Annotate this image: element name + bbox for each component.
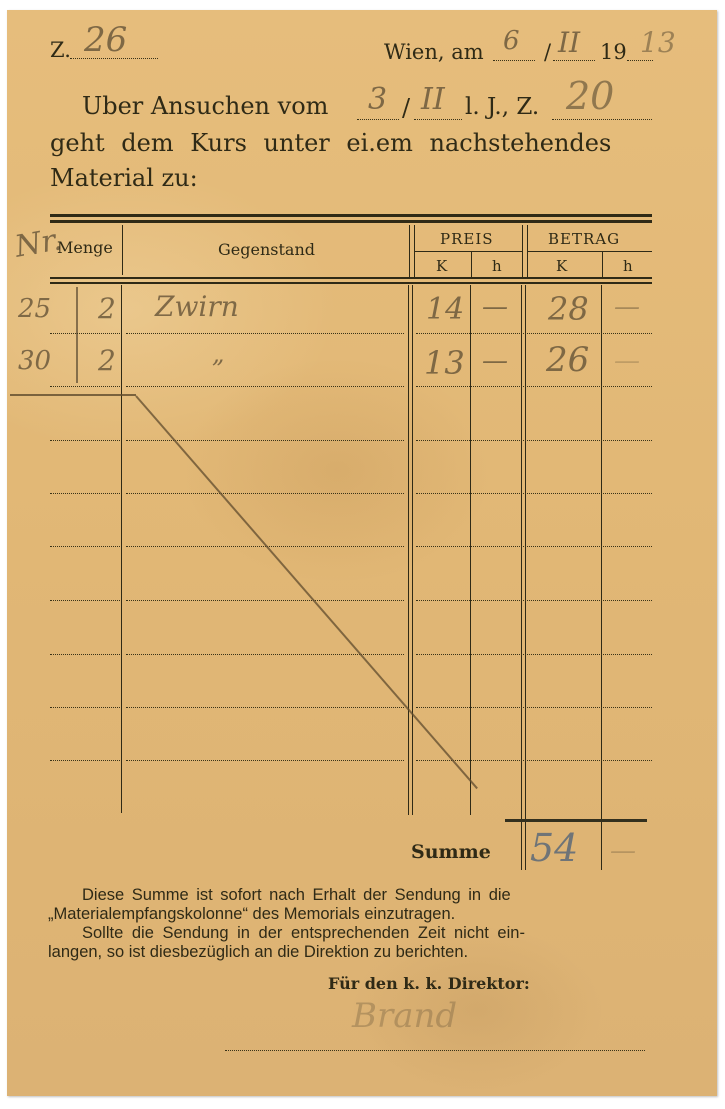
- request-day-line: [357, 119, 399, 120]
- request-number-line: [552, 119, 652, 120]
- director-signature: Brand: [352, 996, 457, 1036]
- row-preis-k: 13: [424, 344, 465, 382]
- row-line-5: [50, 546, 120, 547]
- col-header-preis: PREIS: [440, 230, 494, 248]
- row-line-8: [50, 707, 120, 708]
- date-month: II: [558, 26, 580, 59]
- row-line-5-prices: [416, 546, 652, 547]
- year-suffix: 13: [640, 26, 676, 59]
- row-line-1: [50, 333, 120, 334]
- row-line-1-prices: [416, 333, 652, 334]
- row-line-7: [50, 654, 120, 655]
- margin-handwritten-stroke: [76, 287, 78, 383]
- row-line-6: [50, 600, 120, 601]
- year-prefix: 19: [600, 40, 627, 64]
- body-divider-preis-b: [412, 285, 413, 815]
- cancel-line-horizontal: [10, 394, 136, 396]
- header-divider-betrag-b: [527, 225, 528, 277]
- col-header-betrag-h: h: [623, 257, 633, 275]
- body-divider-betrag-a: [521, 285, 522, 870]
- row-line-3-prices: [416, 440, 652, 441]
- row-preis-h: —: [482, 292, 508, 322]
- body-divider-betrag-kh: [601, 285, 602, 870]
- date-separator: /: [544, 40, 551, 64]
- date-month-line: [553, 60, 595, 61]
- signature-line: [225, 1050, 645, 1051]
- note-para1-line2: „Materialempfangskolonne“ des Memorials …: [48, 905, 455, 924]
- row-preis-h: —: [482, 346, 508, 376]
- row-margin-number: 25: [18, 294, 51, 324]
- row-line-6-prices: [416, 600, 652, 601]
- summe-k: 54: [530, 826, 578, 870]
- row-margin-number: 30: [18, 346, 51, 376]
- row-gegenstand-ditto: „: [212, 340, 224, 368]
- intro-line-2: geht dem Kurs unter ei.em nachstehendes: [50, 129, 611, 157]
- z-value: 26: [84, 20, 127, 60]
- z-label: Z.: [50, 38, 71, 62]
- row-betrag-h: —: [614, 292, 640, 322]
- request-day: 3: [368, 82, 387, 117]
- row-line-1-item: [126, 333, 404, 334]
- request-separator: /: [402, 94, 410, 122]
- row-line-2-item: [126, 386, 404, 387]
- header-divider-preis-b: [414, 225, 415, 277]
- row-line-7-prices: [416, 654, 652, 655]
- betrag-sub-rule: [528, 251, 652, 252]
- col-header-gegenstand: Gegenstand: [218, 240, 315, 259]
- place-date-label: Wien, am: [384, 40, 484, 64]
- table-top-rule-2: [50, 220, 652, 223]
- table-top-rule: [50, 214, 652, 217]
- col-header-preis-k: K: [436, 257, 447, 275]
- note-para2-line1: Sollte die Sendung in der entsprechenden…: [82, 924, 525, 943]
- row-betrag-h: —: [614, 346, 640, 376]
- preis-sub-rule: [414, 251, 522, 252]
- header-divider-preis-kh: [471, 252, 472, 277]
- body-divider-betrag-b: [525, 285, 526, 870]
- header-divider-menge: [122, 225, 123, 275]
- request-number: 20: [566, 74, 614, 118]
- year-line: [627, 60, 653, 61]
- header-divider-preis-a: [409, 225, 410, 277]
- date-day: 6: [503, 26, 520, 56]
- row-line-9: [50, 760, 120, 761]
- row-menge: 2: [98, 344, 116, 377]
- row-betrag-k: 26: [546, 340, 589, 380]
- row-line-3: [50, 440, 120, 441]
- signature-label: Für den k. k. Direktor:: [328, 974, 530, 993]
- header-bottom-rule-2: [50, 282, 652, 284]
- intro-line-1: Uber Ansuchen vom: [82, 92, 328, 120]
- col-header-betrag: BETRAG: [548, 230, 620, 248]
- summe-rule: [505, 819, 647, 822]
- note-para2-line2: langen, so ist diesbezüglich an die Dire…: [48, 943, 468, 962]
- header-divider-betrag-a: [522, 225, 523, 277]
- summe-label: Summe: [411, 841, 491, 863]
- row-gegenstand: Zwirn: [155, 290, 239, 323]
- row-line-8-prices: [416, 707, 652, 708]
- row-line-9-item: [126, 760, 404, 761]
- header-bottom-rule: [50, 277, 652, 279]
- header-divider-betrag-kh: [602, 252, 603, 277]
- row-line-2: [50, 386, 120, 387]
- row-menge: 2: [98, 292, 116, 325]
- col-header-menge: Menge: [57, 238, 113, 257]
- row-line-2-prices: [416, 386, 652, 387]
- row-line-8-item: [126, 707, 404, 708]
- date-day-line: [493, 60, 535, 61]
- request-month-line: [414, 119, 462, 120]
- row-line-4-item: [126, 493, 404, 494]
- body-divider-preis-a: [408, 285, 409, 815]
- row-line-6-item: [126, 600, 404, 601]
- request-month: II: [421, 82, 445, 117]
- row-line-4: [50, 493, 120, 494]
- row-preis-k: 14: [426, 292, 464, 327]
- body-divider-menge: [121, 285, 122, 813]
- col-header-preis-h: h: [492, 257, 502, 275]
- row-line-4-prices: [416, 493, 652, 494]
- col-header-betrag-k: K: [556, 257, 567, 275]
- row-line-3-item: [126, 440, 404, 441]
- intro-line-3: Material zu:: [50, 164, 198, 192]
- note-para1-line1: Diese Summe ist sofort nach Erhalt der S…: [82, 886, 511, 905]
- intro-year-label: l. J., Z.: [465, 94, 539, 120]
- row-betrag-k: 28: [548, 290, 589, 328]
- summe-h: —: [610, 836, 636, 866]
- body-divider-preis-kh: [470, 285, 471, 815]
